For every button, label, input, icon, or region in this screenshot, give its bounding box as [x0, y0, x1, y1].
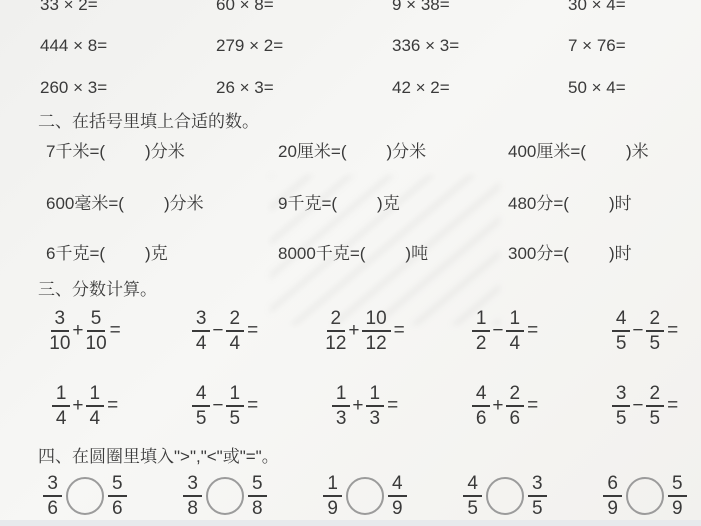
fraction: 14: [506, 308, 525, 355]
multiplication-problem: 50 × 4=: [568, 78, 701, 98]
conversion-text-after: )米: [626, 142, 649, 161]
multiplication-problem: 42 × 2=: [392, 78, 568, 98]
fraction-problem: 45−25=: [575, 305, 701, 357]
multiplication-problem: 33 × 2=: [40, 0, 216, 15]
fraction: 69: [603, 473, 622, 520]
fraction: 49: [388, 473, 407, 520]
fraction-problem: 12−14=: [435, 305, 575, 357]
fraction: 45: [463, 473, 482, 520]
fraction-denominator: 5: [230, 407, 241, 429]
fraction: 14: [52, 383, 71, 430]
fraction: 59: [668, 473, 687, 520]
fraction: 510: [86, 308, 107, 355]
fraction-numerator: 3: [51, 308, 70, 332]
unit-conversion-section: 7千米=()分米20厘米=()分米400厘米=()米600毫米=()分米9千克=…: [0, 142, 701, 264]
fraction: 46: [472, 383, 491, 430]
conversion-problem: 480分=()时: [508, 194, 701, 214]
photo-edge-band: [0, 520, 701, 526]
operator-sign: +: [352, 395, 363, 417]
operator-sign: +: [72, 395, 83, 417]
fraction-denominator: 8: [187, 497, 198, 519]
fraction-calculation-section: 310+510=34−24=212+1012=12−14=45−25=14+14…: [0, 305, 701, 432]
fraction: 1012: [362, 308, 391, 355]
fraction: 24: [226, 308, 245, 355]
equals-sign: =: [110, 320, 121, 342]
comparison-circle: [66, 477, 104, 515]
multiplication-problem: 279 × 2=: [216, 36, 392, 56]
multiplication-problem: 9 × 38=: [392, 0, 568, 15]
fraction-denominator: 5: [616, 407, 627, 429]
fraction-numerator: 5: [668, 473, 687, 497]
conversion-row: 7千米=()分米20厘米=()分米400厘米=()米: [46, 142, 701, 162]
fraction: 34: [192, 308, 211, 355]
comparison-circle: [206, 477, 244, 515]
conversion-text-after: )分米: [145, 142, 185, 161]
conversion-problem: 8000千克=()吨: [278, 244, 508, 264]
fraction-denominator: 4: [90, 407, 101, 429]
fraction: 13: [332, 383, 351, 430]
fraction: 36: [43, 473, 62, 520]
multiplication-problem: 444 × 8=: [40, 36, 216, 56]
fraction: 12: [472, 308, 491, 355]
fraction-numerator: 1: [366, 383, 385, 407]
fraction-numerator: 3: [43, 473, 62, 497]
fraction-denominator: 6: [47, 497, 58, 519]
fraction-numerator: 3: [612, 383, 631, 407]
fraction-numerator: 4: [192, 383, 211, 407]
fraction-denominator: 3: [336, 407, 347, 429]
fraction-problem: 45−15=: [155, 380, 295, 432]
fraction-denominator: 9: [672, 497, 683, 519]
fraction-denominator: 10: [49, 332, 70, 354]
conversion-text-after: )时: [609, 194, 632, 213]
worksheet-page: 33 × 2=60 × 8=9 × 38=30 × 4=444 × 8=279 …: [0, 0, 701, 526]
equals-sign: =: [527, 395, 538, 417]
fraction-denominator: 5: [196, 407, 207, 429]
fraction-denominator: 9: [607, 497, 618, 519]
fraction-denominator: 4: [230, 332, 241, 354]
fraction-denominator: 4: [196, 332, 207, 354]
fraction-denominator: 9: [327, 497, 338, 519]
fraction-problem: 14+14=: [15, 380, 155, 432]
conversion-text-after: )克: [377, 194, 400, 213]
comparison-circle: [486, 477, 524, 515]
comparison-problem: 3656: [15, 470, 155, 522]
operator-sign: −: [212, 320, 223, 342]
fraction-denominator: 3: [370, 407, 381, 429]
fraction: 25: [646, 383, 665, 430]
comparison-problem: 4535: [435, 470, 575, 522]
equals-sign: =: [247, 320, 258, 342]
equals-sign: =: [107, 395, 118, 417]
fraction-denominator: 4: [510, 332, 521, 354]
fraction-numerator: 3: [192, 308, 211, 332]
conversion-problem: 300分=()时: [508, 244, 701, 264]
equals-sign: =: [667, 320, 678, 342]
fraction-denominator: 9: [392, 497, 403, 519]
fraction-problem: 35−25=: [575, 380, 701, 432]
fraction-numerator: 4: [388, 473, 407, 497]
comparison-problem: 3858: [155, 470, 295, 522]
fraction: 310: [49, 308, 70, 355]
conversion-text-before: 6千克=(: [46, 244, 105, 263]
multiplication-problem: 336 × 3=: [392, 36, 568, 56]
fraction-numerator: 2: [506, 383, 525, 407]
fraction-numerator: 10: [362, 308, 391, 332]
fraction-denominator: 2: [476, 332, 487, 354]
conversion-text-before: 9千克=(: [278, 194, 337, 213]
multiplication-row: 260 × 3=26 × 3=42 × 2=50 × 4=: [40, 78, 701, 98]
fraction-denominator: 4: [56, 407, 67, 429]
fraction-numerator: 3: [183, 473, 202, 497]
fraction-row: 310+510=34−24=212+1012=12−14=45−25=: [15, 305, 701, 357]
conversion-text-after: )克: [145, 244, 168, 263]
multiplication-problem: 7 × 76=: [568, 36, 701, 56]
fraction-numerator: 1: [226, 383, 245, 407]
equals-sign: =: [387, 395, 398, 417]
operator-sign: −: [212, 395, 223, 417]
conversion-text-before: 20厘米=(: [278, 142, 347, 161]
fraction-denominator: 6: [476, 407, 487, 429]
comparison-circle: [626, 477, 664, 515]
equals-sign: =: [667, 395, 678, 417]
fraction-numerator: 1: [506, 308, 525, 332]
operator-sign: −: [492, 320, 503, 342]
equals-sign: =: [247, 395, 258, 417]
conversion-text-before: 7千米=(: [46, 142, 105, 161]
fraction-problem: 310+510=: [15, 305, 155, 357]
fraction-problem: 212+1012=: [295, 305, 435, 357]
fraction-numerator: 2: [327, 308, 346, 332]
fraction: 14: [86, 383, 105, 430]
conversion-text-before: 480分=(: [508, 194, 569, 213]
comparison-section: 36563858194945356959: [0, 470, 701, 522]
conversion-text-before: 600毫米=(: [46, 194, 124, 213]
fraction-numerator: 1: [472, 308, 491, 332]
conversion-problem: 7千米=()分米: [46, 142, 278, 162]
operator-sign: +: [492, 395, 503, 417]
conversion-problem: 600毫米=()分米: [46, 194, 278, 214]
conversion-text-after: )分米: [387, 142, 427, 161]
fraction-denominator: 12: [325, 332, 346, 354]
multiplication-problem: 30 × 4=: [568, 0, 701, 15]
conversion-text-before: 400厘米=(: [508, 142, 586, 161]
fraction-denominator: 12: [366, 332, 387, 354]
multiplication-section: 33 × 2=60 × 8=9 × 38=30 × 4=444 × 8=279 …: [0, 0, 701, 98]
conversion-text-before: 300分=(: [508, 244, 569, 263]
fraction-denominator: 5: [616, 332, 627, 354]
fraction: 26: [506, 383, 525, 430]
fraction-numerator: 1: [332, 383, 351, 407]
conversion-problem: 20厘米=()分米: [278, 142, 508, 162]
section2-header: 二、在括号里填上合适的数。: [0, 112, 701, 132]
fraction-numerator: 4: [472, 383, 491, 407]
fraction-numerator: 2: [646, 383, 665, 407]
multiplication-row: 33 × 2=60 × 8=9 × 38=30 × 4=: [40, 0, 701, 15]
comparison-circle: [346, 477, 384, 515]
section4-header: 四、在圆圈里填入">","<"或"="。: [0, 447, 701, 467]
conversion-row: 6千克=()克8000千克=()吨300分=()时: [46, 244, 701, 264]
conversion-text-before: 8000千克=(: [278, 244, 365, 263]
section3-header: 三、分数计算。: [0, 280, 701, 300]
fraction-numerator: 2: [226, 308, 245, 332]
operator-sign: −: [632, 320, 643, 342]
fraction-problem: 34−24=: [155, 305, 295, 357]
multiplication-problem: 60 × 8=: [216, 0, 392, 15]
fraction: 45: [612, 308, 631, 355]
fraction: 13: [366, 383, 385, 430]
conversion-text-after: )吨: [405, 244, 428, 263]
fraction: 212: [325, 308, 346, 355]
fraction-numerator: 3: [528, 473, 547, 497]
fraction-problem: 46+26=: [435, 380, 575, 432]
operator-sign: +: [72, 320, 83, 342]
conversion-problem: 400厘米=()米: [508, 142, 701, 162]
fraction-numerator: 1: [52, 383, 71, 407]
fraction-denominator: 5: [650, 332, 661, 354]
fraction-denominator: 6: [112, 497, 123, 519]
fraction-denominator: 10: [86, 332, 107, 354]
multiplication-problem: 260 × 3=: [40, 78, 216, 98]
equals-sign: =: [394, 320, 405, 342]
fraction: 35: [528, 473, 547, 520]
fraction: 38: [183, 473, 202, 520]
fraction-numerator: 6: [603, 473, 622, 497]
fraction-denominator: 5: [532, 497, 543, 519]
conversion-text-after: )分米: [164, 194, 204, 213]
conversion-text-after: )时: [609, 244, 632, 263]
fraction-numerator: 2: [646, 308, 665, 332]
comparison-row: 36563858194945356959: [15, 470, 701, 522]
fraction-numerator: 5: [87, 308, 106, 332]
fraction: 15: [226, 383, 245, 430]
fraction-denominator: 6: [510, 407, 521, 429]
fraction: 56: [108, 473, 127, 520]
conversion-problem: 6千克=()克: [46, 244, 278, 264]
fraction-denominator: 5: [467, 497, 478, 519]
fraction-problem: 13+13=: [295, 380, 435, 432]
fraction-numerator: 4: [463, 473, 482, 497]
fraction: 58: [248, 473, 267, 520]
operator-sign: −: [632, 395, 643, 417]
fraction-denominator: 8: [252, 497, 263, 519]
fraction-numerator: 4: [612, 308, 631, 332]
fraction-denominator: 5: [650, 407, 661, 429]
multiplication-problem: 26 × 3=: [216, 78, 392, 98]
equals-sign: =: [527, 320, 538, 342]
fraction-numerator: 1: [86, 383, 105, 407]
fraction: 45: [192, 383, 211, 430]
operator-sign: +: [348, 320, 359, 342]
fraction-row: 14+14=45−15=13+13=46+26=35−25=: [15, 380, 701, 432]
fraction-numerator: 1: [323, 473, 342, 497]
comparison-problem: 1949: [295, 470, 435, 522]
fraction-numerator: 5: [108, 473, 127, 497]
fraction: 19: [323, 473, 342, 520]
fraction: 35: [612, 383, 631, 430]
fraction: 25: [646, 308, 665, 355]
fraction-numerator: 5: [248, 473, 267, 497]
multiplication-row: 444 × 8=279 × 2=336 × 3=7 × 76=: [40, 36, 701, 56]
conversion-row: 600毫米=()分米9千克=()克480分=()时: [46, 194, 701, 214]
comparison-problem: 6959: [575, 470, 701, 522]
conversion-problem: 9千克=()克: [278, 194, 508, 214]
